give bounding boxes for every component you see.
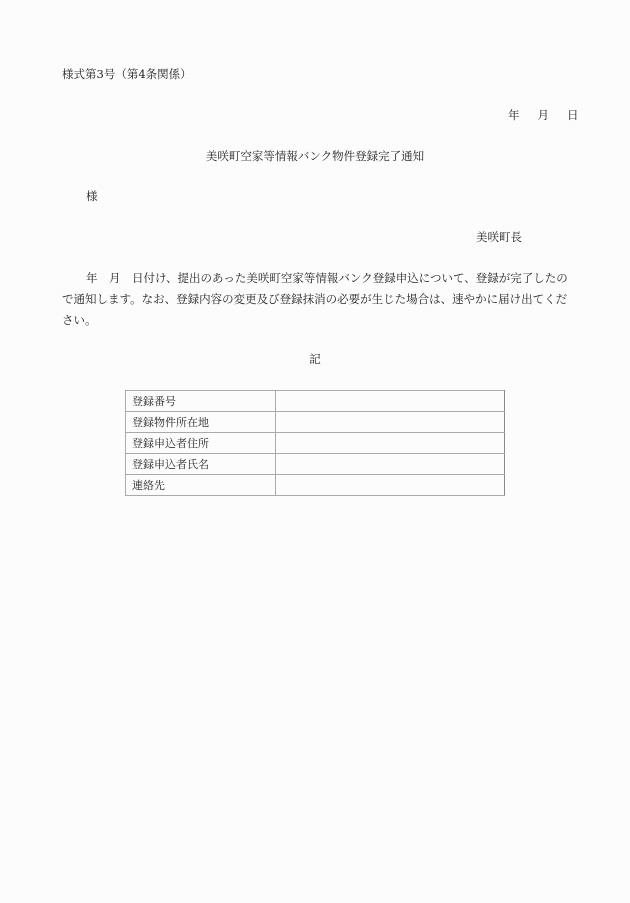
registration-info-table: 登録番号 登録物件所在地 登録申込者住所 登録申込者氏名 連絡先	[125, 390, 505, 496]
row-value	[276, 454, 505, 475]
date-month-label: 月	[538, 107, 550, 123]
date-year-label: 年	[508, 107, 520, 123]
date-line: 年月日	[508, 107, 579, 123]
issuer: 美咲町長	[476, 229, 522, 245]
table-row: 登録番号	[126, 391, 505, 412]
table-row: 登録申込者住所	[126, 433, 505, 454]
ki-heading: 記	[0, 351, 630, 367]
row-label: 連絡先	[126, 475, 276, 496]
addressee: 様	[86, 188, 98, 204]
row-value	[276, 475, 505, 496]
row-value	[276, 433, 505, 454]
row-value	[276, 412, 505, 433]
row-label: 登録申込者氏名	[126, 454, 276, 475]
form-number: 様式第3号（第4条関係）	[62, 66, 192, 82]
document-title: 美咲町空家等情報バンク物件登録完了通知	[0, 148, 630, 164]
row-label: 登録番号	[126, 391, 276, 412]
body-paragraph: 年 月 日付け、提出のあった美咲町空家等情報バンク登録申込について、登録が完了し…	[62, 268, 572, 331]
table-row: 登録物件所在地	[126, 412, 505, 433]
row-label: 登録物件所在地	[126, 412, 276, 433]
table-row: 登録申込者氏名	[126, 454, 505, 475]
date-day-label: 日	[567, 107, 579, 123]
row-label: 登録申込者住所	[126, 433, 276, 454]
table-row: 連絡先	[126, 475, 505, 496]
row-value	[276, 391, 505, 412]
